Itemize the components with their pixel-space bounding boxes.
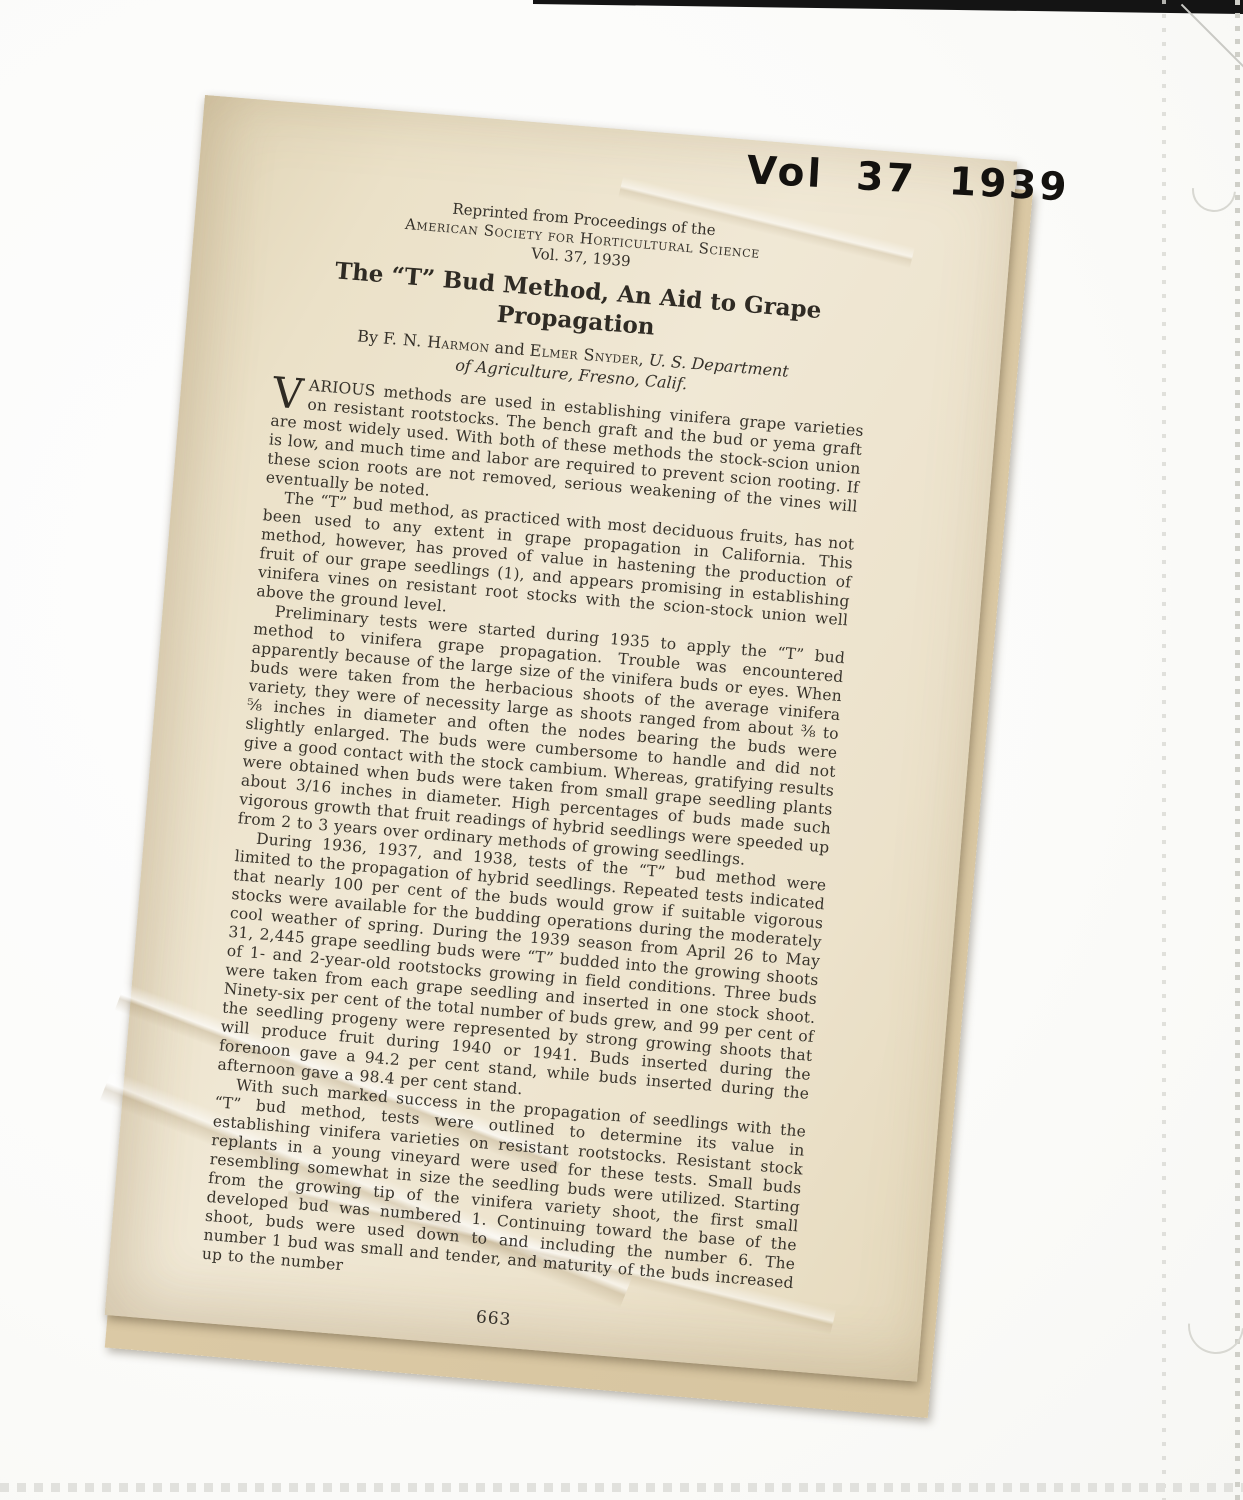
page-content: Reprinted from Proceedings of the Americ… <box>198 186 880 1353</box>
paragraph-4: During 1936, 1937, and 1938, tests of th… <box>217 828 827 1123</box>
reprint-page: Vol 37 1939 Reprinted from Proceedings o… <box>105 95 1018 1382</box>
sleeve-thumb-notch-top <box>1183 159 1243 221</box>
drop-cap: V <box>272 374 310 412</box>
article-body: VARIOUS methods are used in establishing… <box>201 374 864 1313</box>
sleeve-perforation-line <box>1162 0 1166 1500</box>
byline-and: and <box>489 337 531 359</box>
sleeve-thumb-notch-bottom <box>1177 1287 1243 1366</box>
sleeve-bottom-stitching <box>0 1483 1243 1492</box>
handwritten-annotation: Vol 37 1939 <box>745 148 1070 210</box>
byline-by: By <box>357 326 384 347</box>
author-1: F. N. Harmon <box>382 328 490 356</box>
sleeve-edge-perforation <box>1235 0 1240 1500</box>
scanned-document-scan: Vol 37 1939 Reprinted from Proceedings o… <box>0 0 1243 1500</box>
scanner-edge-band <box>0 0 1243 16</box>
